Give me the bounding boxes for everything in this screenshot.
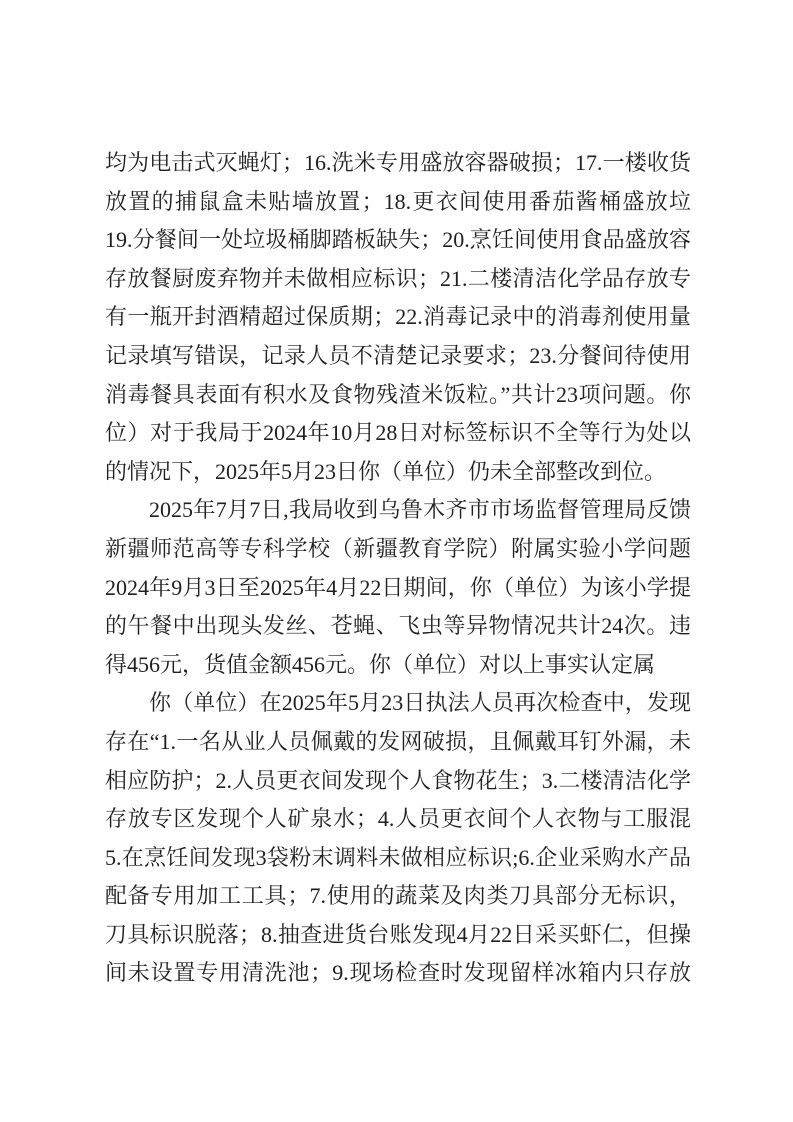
paragraph: 你（单位）在2025年5月23日执法人员再次检查中，发现其存在“1.一名从业人员… <box>105 684 691 993</box>
text-line: 的情况下，2025年5月23日你（单位）仍未全部整改到位。 <box>105 453 691 492</box>
text-line: 放置的捕鼠盒未贴墙放置；18.更衣间使用番茄酱桶盛放垃圾； <box>105 183 691 222</box>
text-line: 新疆师范高等专科学校（新疆教育学院）附属实验小学问题记录， <box>105 530 691 569</box>
text-line: 存放餐厨废弃物并未做相应标识；21.二楼清洁化学品存放专区 <box>105 260 691 299</box>
text-line: 配备专用加工工具；7.使用的蔬菜及肉类刀具部分无标识，部分 <box>105 877 691 916</box>
text-line: 2025年7月7日,我局收到乌鲁木齐市市场监督管理局反馈的 <box>105 491 691 530</box>
text-line: 有一瓶开封酒精超过保质期；22.消毒记录中的消毒剂使用量均 <box>105 298 691 337</box>
text-line: 得456元，货值金额456元。你（单位）对以上事实认定属实。 <box>105 646 691 685</box>
text-line: 记录填写错误，记录人员不清楚记录要求；23.分餐间待使用的 <box>105 337 691 376</box>
document-page: 均为电击式灭蝇灯；16.洗米专用盛放容器破损；17.一楼收货区放置的捕鼠盒未贴墙… <box>0 0 793 1122</box>
text-line: 存放专区发现个人矿泉水；4.人员更衣间个人衣物与工服混放； <box>105 800 691 839</box>
text-line: 间未设置专用清洗池；9.现场检查时发现留样冰箱内只存放了5 <box>105 954 691 993</box>
text-line: 刀具标识脱落；8.抽查进货台账发现4月22日采买虾仁，但操作 <box>105 916 691 955</box>
text-line: 19.分餐间一处垃圾桶脚踏板缺失；20.烹饪间使用食品盛放容器 <box>105 221 691 260</box>
text-line: 你（单位）在2025年5月23日执法人员再次检查中，发现其 <box>105 684 691 723</box>
text-line: 5.在烹饪间发现3袋粉末调料未做相应标识;6.企业采购水产品未 <box>105 839 691 878</box>
paragraph: 2025年7月7日,我局收到乌鲁木齐市市场监督管理局反馈的新疆师范高等专科学校（… <box>105 491 691 684</box>
text-line: 相应防护；2.人员更衣间发现个人食物花生；3.二楼清洁化学品 <box>105 762 691 801</box>
text-line: 消毒餐具表面有积水及食物残渣米饭粒。”共计23项问题。你（单 <box>105 376 691 415</box>
text-line: 的午餐中出现头发丝、苍蝇、飞虫等异物情况共计24次。违法所 <box>105 607 691 646</box>
document-body: 均为电击式灭蝇灯；16.洗米专用盛放容器破损；17.一楼收货区放置的捕鼠盒未贴墙… <box>105 144 691 993</box>
paragraph: 均为电击式灭蝇灯；16.洗米专用盛放容器破损；17.一楼收货区放置的捕鼠盒未贴墙… <box>105 144 691 491</box>
text-line: 位）对于我局于2024年10月28日对标签标识不全等行为处以警告 <box>105 414 691 453</box>
text-line: 2024年9月3日至2025年4月22日期间，你（单位）为该小学提供 <box>105 569 691 608</box>
text-line: 存在“1.一名从业人员佩戴的发网破损，且佩戴耳钉外漏，未做 <box>105 723 691 762</box>
text-line: 均为电击式灭蝇灯；16.洗米专用盛放容器破损；17.一楼收货区 <box>105 144 691 183</box>
